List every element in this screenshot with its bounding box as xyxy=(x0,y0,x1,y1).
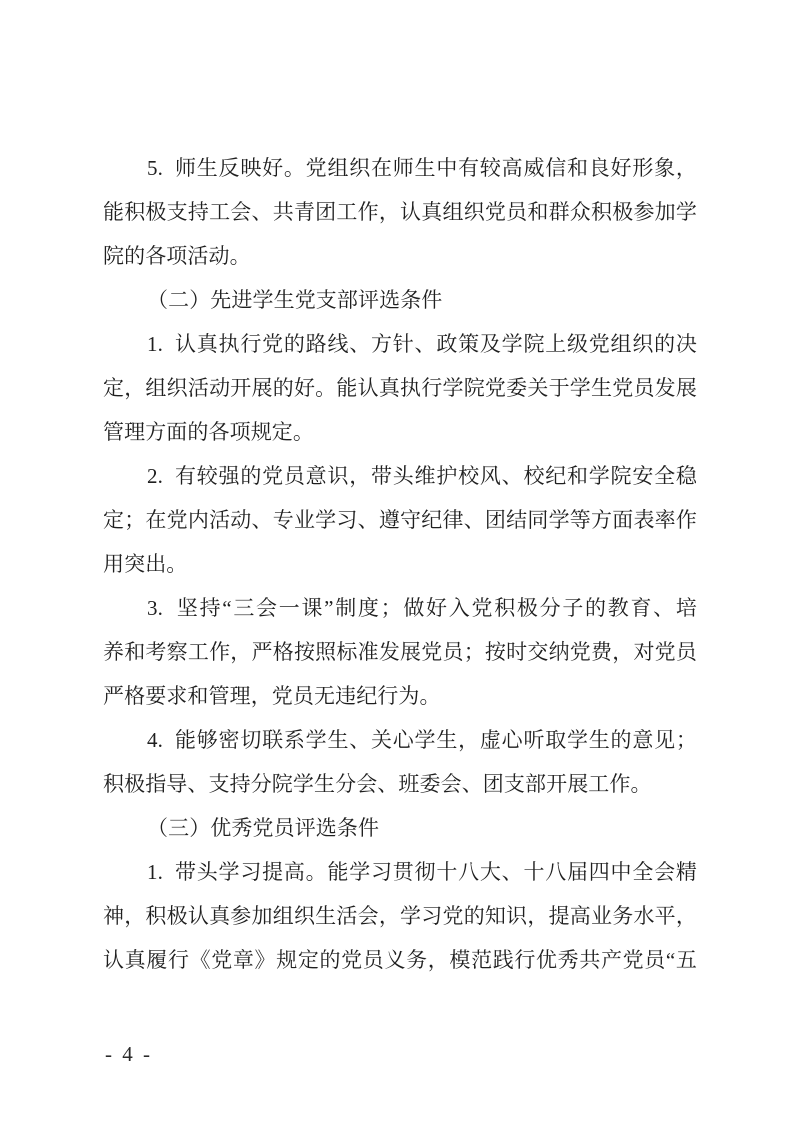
text-line: 1. 带头学习提高。能学习贯彻十八大、十八届四中全会精 xyxy=(103,850,697,894)
section-heading: （三）优秀党员评选条件 xyxy=(103,806,697,850)
text-line: 严格要求和管理，党员无违纪行为。 xyxy=(103,674,697,718)
document-page: 5. 师生反映好。党组织在师生中有较高威信和良好形象， 能积极支持工会、共青团工… xyxy=(0,0,793,1122)
text-line: 2. 有较强的党员意识，带头维护校风、校纪和学院安全稳 xyxy=(103,454,697,498)
text-line: 能积极支持工会、共青团工作，认真组织党员和群众积极参加学 xyxy=(103,190,697,234)
text-line: 神，积极认真参加组织生活会，学习党的知识，提高业务水平， xyxy=(103,894,697,938)
text-line: 定；在党内活动、专业学习、遵守纪律、团结同学等方面表率作 xyxy=(103,498,697,542)
text-line: 管理方面的各项规定。 xyxy=(103,410,697,454)
text-line: 5. 师生反映好。党组织在师生中有较高威信和良好形象， xyxy=(103,146,697,190)
document-body: 5. 师生反映好。党组织在师生中有较高威信和良好形象， 能积极支持工会、共青团工… xyxy=(103,146,697,982)
text-line: 院的各项活动。 xyxy=(103,234,697,278)
text-line: 养和考察工作，严格按照标准发展党员；按时交纳党费，对党员 xyxy=(103,630,697,674)
text-line: 用突出。 xyxy=(103,542,697,586)
text-line: 认真履行《党章》规定的党员义务，模范践行优秀共产党员“五 xyxy=(103,938,697,982)
text-line: 4. 能够密切联系学生、关心学生，虚心听取学生的意见； xyxy=(103,718,697,762)
section-heading: （二）先进学生党支部评选条件 xyxy=(103,278,697,322)
text-line: 1. 认真执行党的路线、方针、政策及学院上级党组织的决 xyxy=(103,322,697,366)
text-line: 定，组织活动开展的好。能认真执行学院党委关于学生党员发展 xyxy=(103,366,697,410)
text-line: 积极指导、支持分院学生分会、班委会、团支部开展工作。 xyxy=(103,762,697,806)
text-line: 3. 坚持“三会一课”制度；做好入党积极分子的教育、培 xyxy=(103,586,697,630)
page-number: - 4 - xyxy=(105,1042,153,1067)
